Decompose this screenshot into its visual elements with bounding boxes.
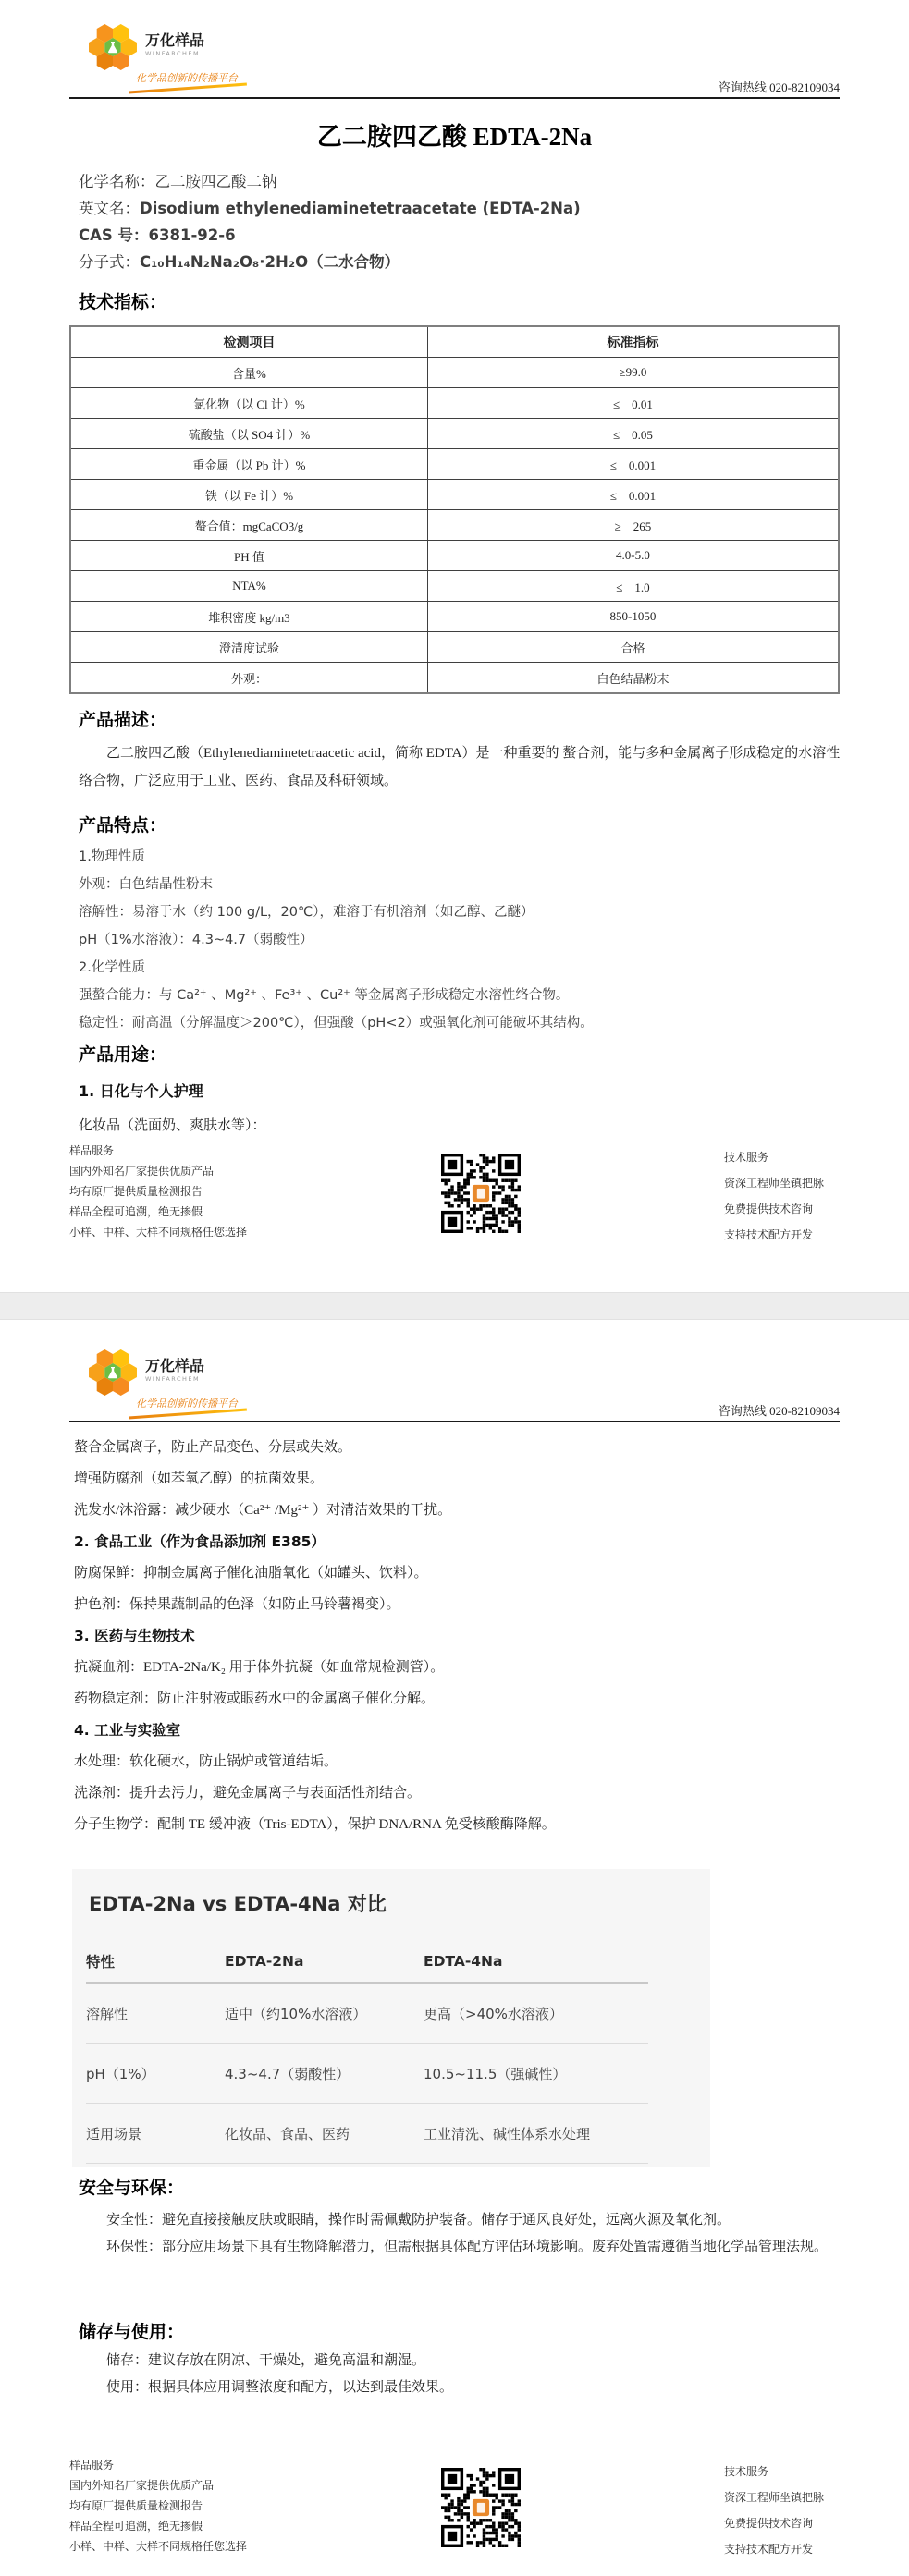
table-row: PH 值4.0-5.0 (70, 541, 839, 571)
list-item: 国内外知名厂家提供优质产品 (69, 1161, 247, 1181)
hotline: 咨询热线 020-82109034 (719, 1401, 840, 1419)
page-separator (0, 1292, 909, 1320)
list-item: 小样、中样、大样不同规格任您选择 (69, 1222, 247, 1242)
table-row: 含量%≥99.0 (70, 358, 839, 388)
comparison-table: 特性 EDTA-2Na EDTA-4Na 溶解性 适中（约10%水溶液） 更高（… (86, 1941, 648, 2164)
list-item: 2.化学性质 (79, 954, 594, 982)
qr-code (441, 2468, 521, 2547)
honeycomb-logo-icon (88, 22, 138, 72)
table-row: 外观：白色结晶粉末 (70, 663, 839, 694)
info-chemical-name: 化学名称：乙二胺四乙酸二钠 (79, 168, 581, 195)
list-item: pH（1%水溶液）：4.3~4.7（弱酸性） (79, 926, 594, 954)
list-item: 免费提供技术咨询 (724, 1196, 824, 1222)
sample-service-title: 样品服务 (69, 1141, 247, 1161)
features-list: 1.物理性质 外观：白色结晶性粉末 溶解性：易溶于水（约 100 g/L，20℃… (79, 843, 594, 1037)
tech-service-block: 技术服务 资深工程师坐镇把脉 免费提供技术咨询 支持技术配方开发 (724, 2459, 824, 2562)
logo-name: 万化样品 (145, 33, 204, 48)
use-section-title: 2. 食品工业（作为食品添加剂 E385） (74, 1532, 556, 1552)
document-sheet: 万化样品 WINFARCHEM 化学品创新的传播平台 咨询热线 020-8210… (0, 0, 909, 2576)
list-item: 水处理：软化硬水，防止锅炉或管道结垢。 (74, 1752, 556, 1772)
logo-text: 万化样品 WINFARCHEM (145, 33, 204, 57)
use-section-line: 化妆品（洗面奶、爽肤水等）： (79, 1115, 266, 1134)
logo-name: 万化样品 (145, 1359, 204, 1373)
spec-heading: 技术指标： (79, 288, 166, 313)
page1-footer: 样品服务 国内外知名厂家提供优质产品 均有原厂提供质量检测报告 样品全程可追溯，… (69, 1141, 840, 1251)
table-row: NTA%≤ 1.0 (70, 571, 839, 602)
list-item: 均有原厂提供质量检测报告 (69, 1181, 247, 1202)
header-rule (69, 1421, 840, 1422)
list-item: 支持技术配方开发 (724, 1222, 824, 1248)
list-item: 抗凝血剂：EDTA-2Na/K₂ 用于体外抗凝（如血常规检测管）。 (74, 1658, 556, 1678)
info-cas-number: CAS 号：6381-92-6 (79, 222, 581, 249)
info-formula: 分子式：C₁₀H₁₄N₂Na₂O₈·2H₂O（二水合物） (79, 249, 581, 275)
list-item: 样品全程可追溯，绝无掺假 (69, 1202, 247, 1222)
table-row: 堆积密度 kg/m3850-1050 (70, 602, 839, 632)
list-item: 洗发水/沐浴露：减少硬水（Ca²⁺ /Mg²⁺ ）对清洁效果的干扰。 (74, 1501, 556, 1520)
safety-paragraph: 环保性：部分应用场景下具有生物降解潜力，但需根据具体配方评估环境影响。废弃处置需… (79, 2234, 849, 2261)
logo-text: 万化样品 WINFARCHEM (145, 1359, 204, 1383)
safety-text: 安全性：避免直接接触皮肤或眼睛，操作时需佩戴防护装备。储存于通风良好处，远离火源… (79, 2207, 849, 2261)
use-section-title: 3. 医药与生物技术 (74, 1627, 556, 1646)
honeycomb-logo-icon (88, 1348, 138, 1398)
header-rule (69, 97, 840, 99)
list-item: 外观：白色结晶性粉末 (79, 871, 594, 898)
uses-continued-list: 螯合金属离子，防止产品变色、分层或失效。 增强防腐剂（如苯氧乙醇）的抗菌效果。 … (74, 1438, 556, 1847)
logo-tagline: 化学品创新的传播平台 (136, 1396, 238, 1410)
use-section-title: 1. 日化与个人护理 (79, 1080, 203, 1101)
list-item: 药物稳定剂：防止注射液或眼药水中的金属离子催化分解。 (74, 1690, 556, 1709)
safety-paragraph: 安全性：避免直接接触皮肤或眼睛，操作时需佩戴防护装备。储存于通风良好处，远离火源… (79, 2207, 849, 2234)
tech-service-title: 技术服务 (724, 2459, 824, 2484)
list-item: 溶解性：易溶于水（约 100 g/L，20℃），难溶于有机溶剂（如乙醇、乙醚） (79, 898, 594, 926)
hotline: 咨询热线 020-82109034 (719, 78, 840, 95)
table-row: 氯化物（以 Cl 计）%≤ 0.01 (70, 388, 839, 419)
sample-service-block: 样品服务 国内外知名厂家提供优质产品 均有原厂提供质量检测报告 样品全程可追溯，… (69, 1141, 247, 1242)
list-item: 螯合金属离子，防止产品变色、分层或失效。 (74, 1438, 556, 1458)
list-item: 资深工程师坐镇把脉 (724, 1170, 824, 1196)
logo-tagline: 化学品创新的传播平台 (136, 70, 238, 85)
list-item: 国内外知名厂家提供优质产品 (69, 2475, 247, 2496)
page2-footer: 样品服务 国内外知名厂家提供优质产品 均有原厂提供质量检测报告 样品全程可追溯，… (69, 2455, 840, 2566)
list-item: 均有原厂提供质量检测报告 (69, 2496, 247, 2516)
storage-line: 储存：建议存放在阴凉、干燥处，避免高温和潮湿。 (79, 2348, 849, 2375)
sample-service-block: 样品服务 国内外知名厂家提供优质产品 均有原厂提供质量检测报告 样品全程可追溯，… (69, 2455, 247, 2557)
comparison-header-row: 特性 EDTA-2Na EDTA-4Na (86, 1941, 648, 1984)
list-item: 支持技术配方开发 (724, 2536, 824, 2562)
list-item: 免费提供技术咨询 (724, 2510, 824, 2536)
table-row: 澄清度试验合格 (70, 632, 839, 663)
comparison-title: EDTA-2Na vs EDTA-4Na 对比 (89, 1889, 387, 1917)
storage-heading: 储存与使用： (79, 2318, 184, 2343)
tech-service-block: 技术服务 资深工程师坐镇把脉 免费提供技术咨询 支持技术配方开发 (724, 1144, 824, 1248)
safety-heading: 安全与环保： (79, 2174, 184, 2199)
company-logo: 万化样品 WINFARCHEM 化学品创新的传播平台 (88, 1348, 384, 1420)
list-item: 洗涤剂：提升去污力，避免金属离子与表面活性剂结合。 (74, 1784, 556, 1803)
table-row: 重金属（以 Pb 计）%≤ 0.001 (70, 449, 839, 480)
list-item: 样品全程可追溯，绝无掺假 (69, 2516, 247, 2536)
uses-heading: 产品用途： (79, 1041, 166, 1066)
list-item: 分子生物学：配制 TE 缓冲液（Tris-EDTA），保护 DNA/RNA 免受… (74, 1815, 556, 1835)
list-item: 1.物理性质 (79, 843, 594, 871)
sample-service-title: 样品服务 (69, 2455, 247, 2475)
storage-line: 使用：根据具体应用调整浓度和配方，以达到最佳效果。 (79, 2375, 849, 2401)
list-item: 增强防腐剂（如苯氧乙醇）的抗菌效果。 (74, 1470, 556, 1489)
spec-table: 检测项目 标准指标 含量%≥99.0 氯化物（以 Cl 计）%≤ 0.01 硫酸… (69, 325, 840, 694)
table-row: 适用场景 化妆品、食品、医药 工业清洗、碱性体系水处理 (86, 2104, 648, 2164)
table-row: 铁（以 Fe 计）%≤ 0.001 (70, 480, 839, 510)
table-row: pH（1%） 4.3~4.7（弱酸性） 10.5~11.5（强碱性） (86, 2044, 648, 2104)
list-item: 护色剂：保持果蔬制品的色泽（如防止马铃薯褐变）。 (74, 1595, 556, 1615)
table-row: 螯合值：mgCaCO3/g≥ 265 (70, 510, 839, 541)
list-item: 防腐保鲜：抑制金属离子催化油脂氧化（如罐头、饮料）。 (74, 1564, 556, 1583)
features-heading: 产品特点： (79, 812, 166, 836)
description-text: 乙二胺四乙酸（Ethylenediaminetetraacetic acid，简… (79, 739, 849, 795)
table-row: 溶解性 适中（约10%水溶液） 更高（>40%水溶液） (86, 1984, 648, 2044)
use-section-title: 4. 工业与实验室 (74, 1721, 556, 1740)
list-item: 资深工程师坐镇把脉 (724, 2484, 824, 2510)
logo-subname: WINFARCHEM (145, 1376, 204, 1383)
list-item: 稳定性：耐高温（分解温度＞200℃），但强酸（pH<2）或强氧化剂可能破坏其结构… (79, 1009, 594, 1037)
comparison-panel: EDTA-2Na vs EDTA-4Na 对比 特性 EDTA-2Na EDTA… (72, 1869, 710, 2167)
list-item: 小样、中样、大样不同规格任您选择 (69, 2536, 247, 2557)
tech-service-title: 技术服务 (724, 1144, 824, 1170)
product-info: 化学名称：乙二胺四乙酸二钠 英文名：Disodium ethylenediami… (79, 168, 581, 275)
logo-subname: WINFARCHEM (145, 51, 204, 57)
qr-code (441, 1154, 521, 1233)
description-heading: 产品描述： (79, 706, 166, 731)
storage-text: 储存：建议存放在阴凉、干燥处，避免高温和潮湿。 使用：根据具体应用调整浓度和配方… (79, 2348, 849, 2401)
list-item: 强螯合能力：与 Ca²⁺ 、Mg²⁺ 、Fe³⁺ 、Cu²⁺ 等金属离子形成稳定… (79, 982, 594, 1009)
page-title: 乙二胺四乙酸 EDTA-2Na (69, 116, 840, 153)
info-english-name: 英文名：Disodium ethylenediaminetetraacetate… (79, 195, 581, 222)
spec-header-row: 检测项目 标准指标 (70, 326, 839, 358)
table-row: 硫酸盐（以 SO4 计）%≤ 0.05 (70, 419, 839, 449)
company-logo: 万化样品 WINFARCHEM 化学品创新的传播平台 (88, 22, 384, 94)
